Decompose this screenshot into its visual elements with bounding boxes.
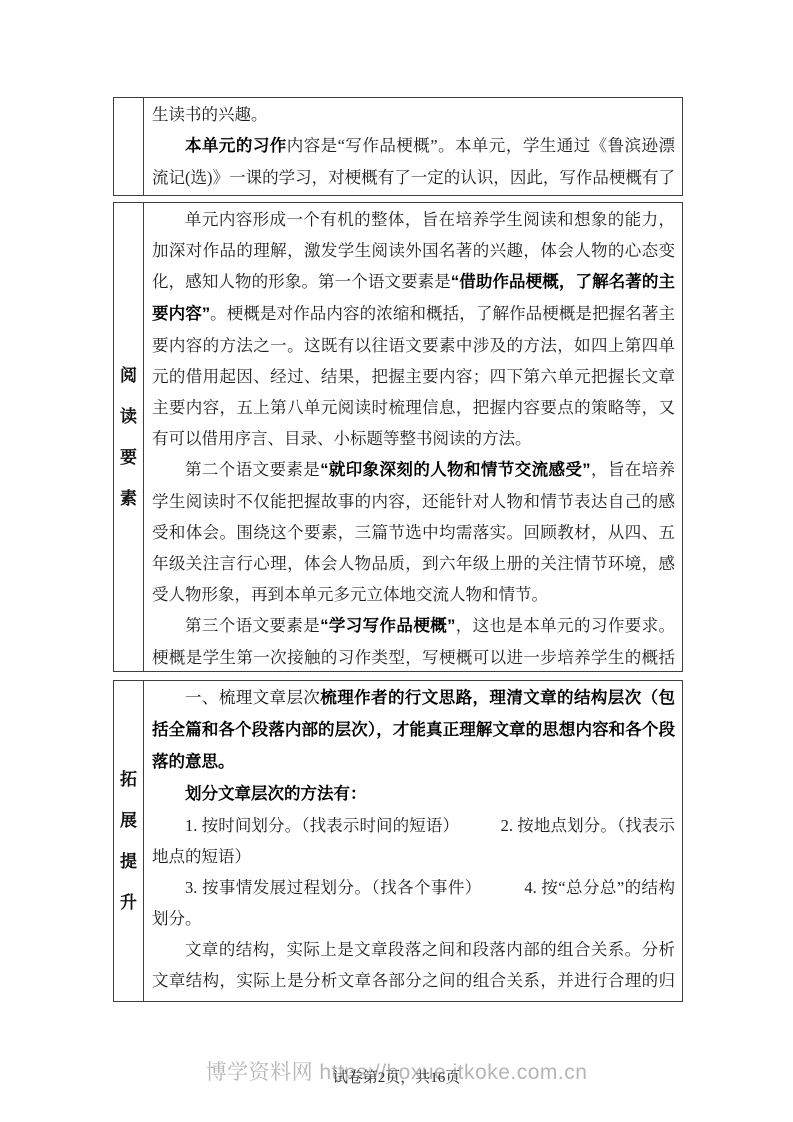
row-label-cell: 拓展提升 [114, 681, 144, 1001]
row-label-expansion: 拓展提升 [120, 759, 138, 923]
paragraph: 生读书的兴趣。 [152, 99, 675, 130]
paragraph: 单元内容形成一个有机的整体，旨在培养学生阅读和想象的能力，加深对作品的理解，激发… [152, 204, 675, 454]
document-page: 生读书的兴趣。本单元的习作内容是“写作品梗概”。本单元，学生通过《鲁滨逊漂流记(… [0, 0, 793, 1122]
text-run: “就印象深刻的人物和情节交流感受” [320, 461, 590, 479]
text-run: 第二个语文要素是 [185, 460, 320, 479]
text-run: 一、梳理文章层次 [185, 689, 320, 707]
paragraph: 1. 按时间划分。（找表示时间的短语） 2. 按地点划分。（找表示地点的短语） [152, 810, 675, 872]
table-row: 阅读要素 单元内容形成一个有机的整体，旨在培养学生阅读和想象的能力，加深对作品的… [113, 202, 683, 672]
row-label-cell [114, 98, 144, 195]
paragraph: 文章的结构，实际上是文章段落之间和段落内部的组合关系。分析文章结构，实际上是分析… [152, 934, 675, 1001]
text-run: 。梗概是对作品内容的浓缩和概括，了解作品梗概是把握名著主要内容的方法之一。这既有… [152, 304, 675, 448]
page-number-footer: 试卷第2页，共16页 [0, 1066, 793, 1087]
text-run: 生读书的兴趣。 [152, 105, 268, 124]
row-label-cell: 阅读要素 [114, 203, 144, 671]
text-run: 本单元的习作 [185, 137, 287, 155]
text-run: “学习写作品梗概” [320, 617, 455, 635]
paragraph: 一、梳理文章层次梳理作者的行文思路，理清文章的结构层次（包括全篇和各个段落内部的… [152, 682, 675, 778]
paragraph: 3. 按事情发展过程划分。（找各个事件） 4. 按“总分总”的结构划分。 [152, 872, 675, 934]
row-label-reading-elements: 阅读要素 [120, 355, 138, 519]
paragraph: 第二个语文要素是“就印象深刻的人物和情节交流感受”，旨在培养学生阅读时不仅能把握… [152, 454, 675, 610]
text-run: 划分文章层次的方法有： [185, 785, 367, 803]
table-row: 拓展提升 一、梳理文章层次梳理作者的行文思路，理清文章的结构层次（包括全篇和各个… [113, 680, 683, 1002]
row-content: 生读书的兴趣。本单元的习作内容是“写作品梗概”。本单元，学生通过《鲁滨逊漂流记(… [144, 98, 682, 195]
text-run: 1. 按时间划分。（找表示时间的短语） 2. 按地点划分。（找表示地点的短语） [152, 816, 675, 866]
lesson-plan-table: 生读书的兴趣。本单元的习作内容是“写作品梗概”。本单元，学生通过《鲁滨逊漂流记(… [113, 97, 683, 1002]
text-run: ，旨在培养学生阅读时不仅能把握故事的内容，还能针对人物和情节表达自己的感受和体会… [152, 460, 675, 604]
paragraph: 本单元的习作内容是“写作品梗概”。本单元，学生通过《鲁滨逊漂流记(选)》一课的学… [152, 130, 675, 195]
table-row: 生读书的兴趣。本单元的习作内容是“写作品梗概”。本单元，学生通过《鲁滨逊漂流记(… [113, 97, 683, 196]
text-run: 第三个语文要素是 [185, 616, 320, 635]
text-run: 3. 按事情发展过程划分。（找各个事件） 4. 按“总分总”的结构划分。 [152, 878, 675, 928]
paragraph: 第三个语文要素是“学习写作品梗概”，这也是本单元的习作要求。梗概是学生第一次接触… [152, 610, 675, 671]
row-content: 一、梳理文章层次梳理作者的行文思路，理清文章的结构层次（包括全篇和各个段落内部的… [144, 681, 682, 1001]
text-run: 文章的结构，实际上是文章段落之间和段落内部的组合关系。分析文章结构，实际上是分析… [152, 940, 675, 1001]
paragraph: 划分文章层次的方法有： [152, 778, 675, 810]
row-content: 单元内容形成一个有机的整体，旨在培养学生阅读和想象的能力，加深对作品的理解，激发… [144, 203, 682, 671]
